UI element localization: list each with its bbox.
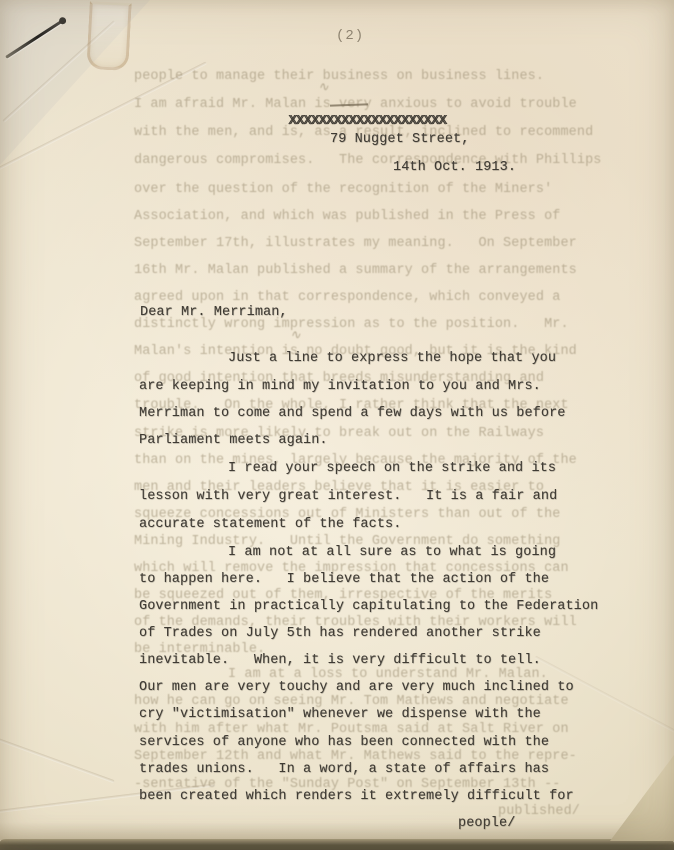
- typed-line: inevitable. When, it is very difficult t…: [139, 654, 541, 668]
- typed-line: Government in practically capitulating t…: [139, 600, 598, 614]
- ghost-line: people to manage their business on busin…: [134, 70, 544, 84]
- typed-line: I read your speech on the strike and its: [228, 462, 556, 476]
- paperclip-mark: [86, 1, 132, 71]
- scanned-letter-page: (2) people to manage their business on b…: [0, 0, 674, 850]
- typed-line: been created which renders it extremely …: [139, 790, 574, 804]
- bottom-edge-shadow: [0, 822, 674, 840]
- scan-background-edge: [0, 839, 674, 850]
- typed-line: trades unions. In a word, a state of aff…: [139, 763, 549, 777]
- ghost-line: distinctly wrong impression as to the po…: [134, 318, 569, 332]
- address-line: 79 Nugget Street,: [330, 133, 469, 147]
- typed-line: of Trades on July 5th has rendered anoth…: [139, 627, 541, 641]
- typed-line: Merriman to come and spend a few days wi…: [139, 407, 565, 421]
- typed-line: cry "victimisation" whenever we dispense…: [139, 708, 541, 722]
- page-number: (2): [336, 28, 364, 44]
- typed-line: I am not at all sure as to what is going: [228, 546, 556, 560]
- ghost-line: Association, and which was published in …: [134, 210, 560, 224]
- typed-line: lesson with very great interest. It is a…: [139, 490, 557, 504]
- typed-line: Parliament meets again.: [139, 434, 328, 448]
- ghost-line: dangerous compromises. The correspondenc…: [134, 154, 601, 168]
- typed-line: Just a line to express the hope that you: [228, 352, 556, 366]
- typed-line: to happen here. I believe that the actio…: [139, 573, 549, 587]
- paper-crease: [0, 736, 115, 783]
- typed-line: accurate statement of the facts.: [139, 518, 401, 532]
- ghost-line: over the question of the recognition of …: [134, 183, 552, 197]
- typed-line: services of anyone who has been connecte…: [139, 736, 549, 750]
- ghost-line: 16th Mr. Malan published a summary of th…: [134, 264, 577, 278]
- pencil-annotation: ∿: [317, 79, 330, 95]
- strikeout-line: XXXXXXXXXXXXXXXXXXXXX: [288, 115, 446, 129]
- pencil-annotation: ∿: [289, 327, 302, 343]
- date-line: 14th Oct. 1913.: [393, 161, 516, 175]
- ghost-line: September 17th, illustrates my meaning. …: [134, 237, 577, 251]
- salutation: Dear Mr. Merriman,: [140, 306, 288, 320]
- ghost-line: agreed upon in that correspondence, whic…: [134, 291, 560, 305]
- typed-line: are keeping in mind my invitation to you…: [139, 380, 541, 394]
- typed-line: Our men are very touchy and are very muc…: [139, 681, 574, 695]
